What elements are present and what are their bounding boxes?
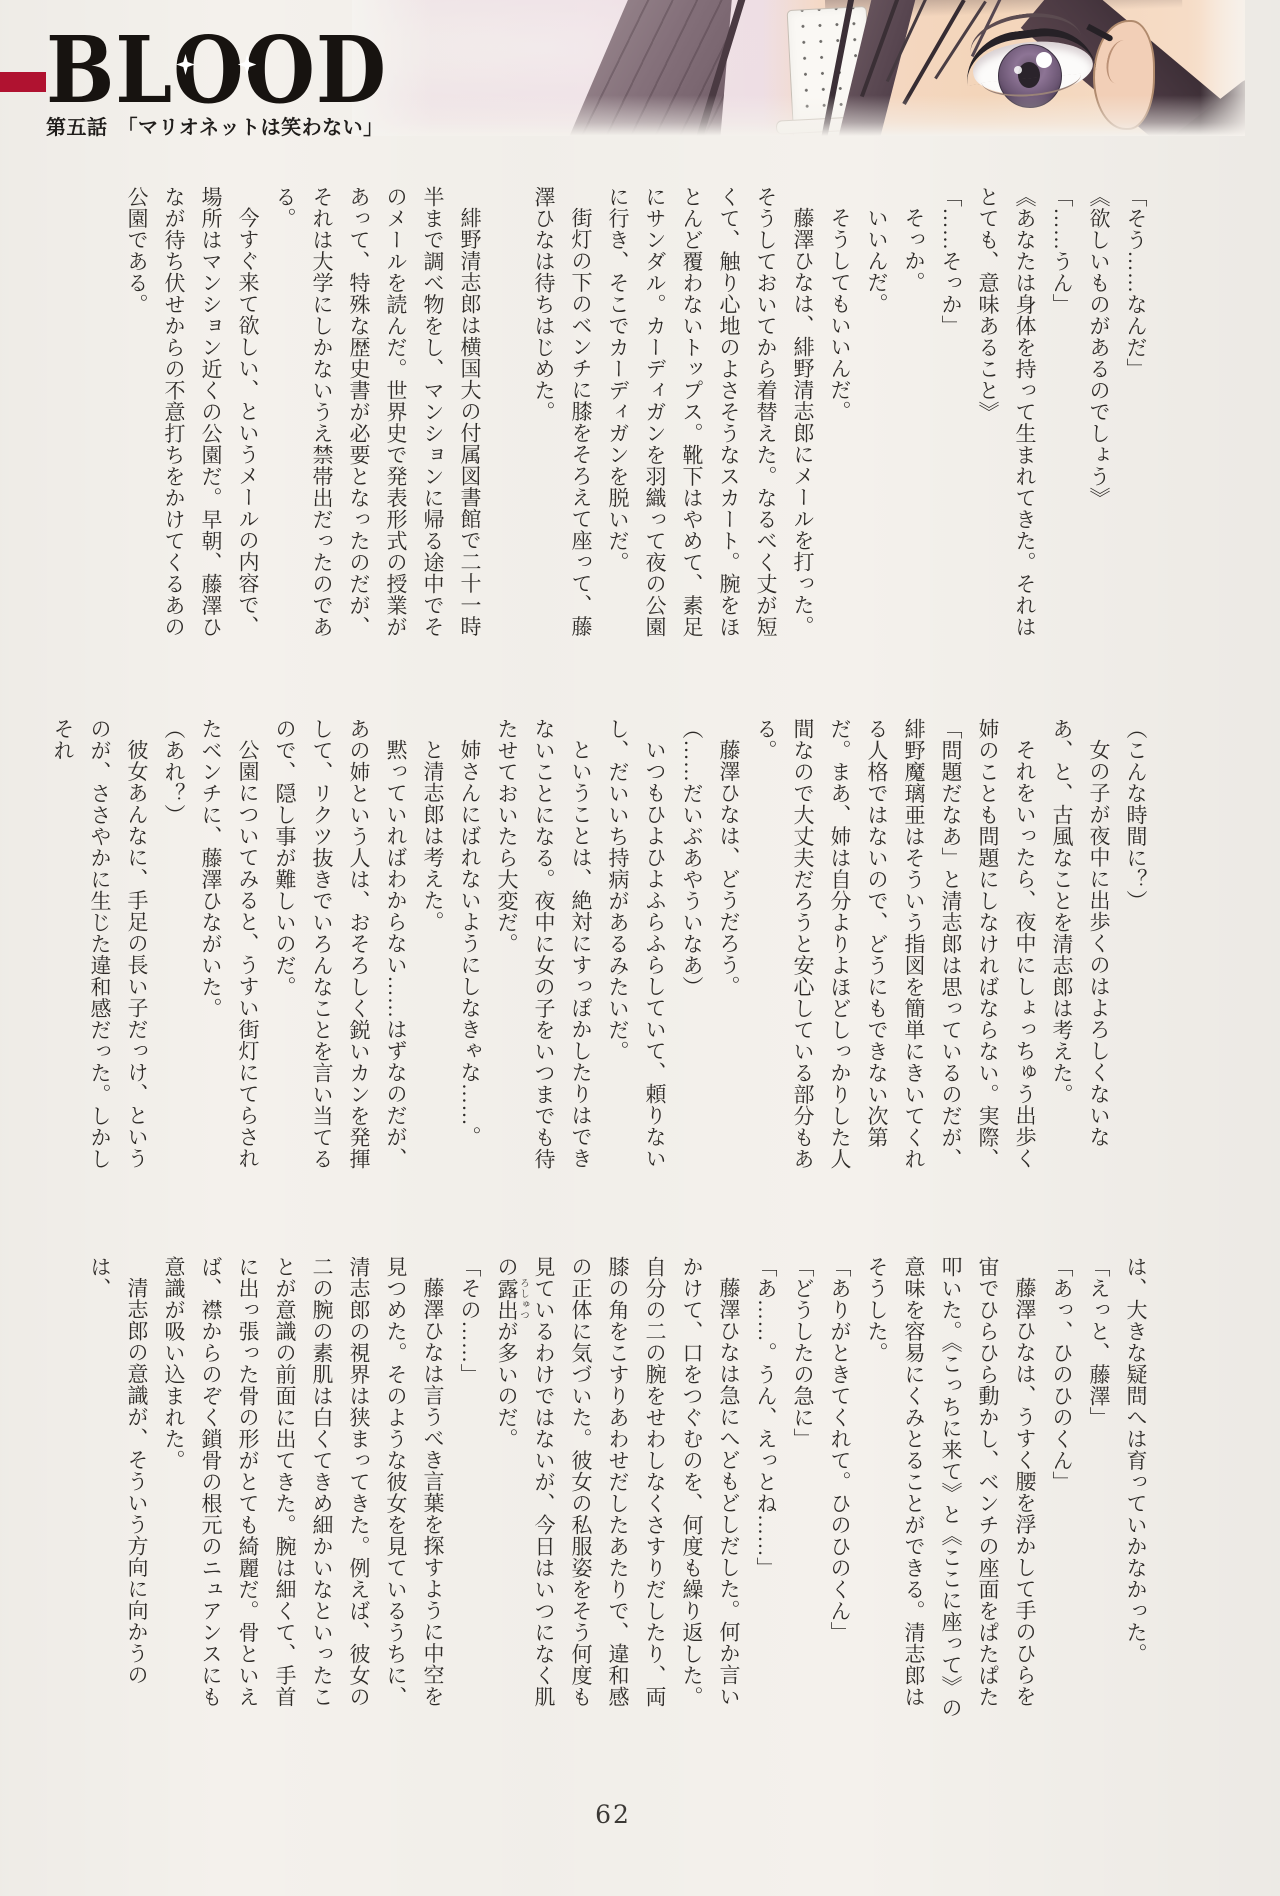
paragraph: いいんだ。 — [858, 186, 895, 658]
paragraph: 藤澤ひなは言うべき言葉を探すように中空を見つめた。そのような彼女を見ているうちに… — [155, 1256, 451, 1728]
header-illustration — [352, 0, 1245, 136]
series-logo-text: BLOOD — [46, 16, 387, 124]
paragraph: 藤澤ひなは、緋野清志郎にメールを打った。そうしておいてから着替えた。なるべく丈が… — [599, 186, 821, 658]
paragraph: 《あなたは身体を持って生まれてきた。それはとても、意味あること》 — [969, 186, 1043, 658]
paragraph: 黙っていればわからない……はずなのだが、あの姉という人は、おそろしく鋭いカンを発… — [266, 718, 414, 1190]
paragraph: 女の子が夜中に出歩くのはよろしくないなあ、と、古風なことを清志郎は考えた。 — [1043, 718, 1117, 1190]
series-logo: BLOOD — [46, 22, 363, 118]
book-page: BLOOD 第五話「マリオネットは笑わない」 「そう……なんだ」《欲しいものがあ… — [0, 0, 1280, 1896]
paragraph: そっか。 — [895, 186, 932, 658]
paragraph: （……だいぶあやういなあ） — [673, 718, 710, 1190]
episode-name: 「マリオネットは笑わない」 — [118, 117, 384, 139]
paragraph: それをいったら、夜中にしょっちゅう出歩く姉のことも問題にしなければならない。実際… — [747, 718, 1043, 1190]
episode-number-label: 第五話 — [46, 117, 108, 139]
illustration-fade-right — [352, 0, 1245, 136]
paragraph: 姉さんにばれないようにしなきゃな……。 — [451, 718, 488, 1190]
paragraph: 公園についてみると、うすい街灯にてらされたベンチに、藤澤ひながいた。 — [192, 718, 266, 1190]
paragraph: 「その……」 — [451, 1256, 488, 1728]
paragraph: （あれ？） — [155, 718, 192, 1190]
paragraph: 彼女あんなに、手足の長い子だっけ、というのが、ささやかに生じた違和感だった。しか… — [44, 718, 155, 1190]
paragraph: ということは、絶対にすっぽかしたりはできないことになる。夜中に女の子をいつまでも… — [488, 718, 599, 1190]
paragraph: そうしてもいいんだ。 — [821, 186, 858, 658]
text-band-middle: （こんな時間に？）女の子が夜中に出歩くのはよろしくないなあ、と、古風なことを清志… — [94, 718, 1154, 1190]
paragraph: 「あ……。うん、えっとね……」 — [747, 1256, 784, 1728]
red-accent-bar — [0, 72, 46, 92]
paragraph: 「そう……なんだ」 — [1117, 186, 1154, 658]
paragraph: 《欲しいものがあるのでしょう》 — [1080, 186, 1117, 658]
paragraph: 街灯の下のベンチに膝をそろえて座って、藤澤ひなは待ちはじめた。 — [525, 186, 599, 658]
paragraph: 「えっと、藤澤」 — [1080, 1256, 1117, 1728]
paragraph: いつもひよひよふらふらしていて、頼りないし、だいいち持病があるみたいだ。 — [599, 718, 673, 1190]
paragraph: 緋野清志郎は横国大の付属図書館で二十一時半まで調べ物をし、マンションに帰る途中で… — [266, 186, 488, 658]
episode-title: 第五話「マリオネットは笑わない」 — [46, 111, 384, 140]
paragraph: 「あっ、ひのひのくん」 — [1043, 1256, 1080, 1728]
paragraph: 「……うん」 — [1043, 186, 1080, 658]
paragraph: と清志郎は考えた。 — [414, 718, 451, 1190]
blank-line — [488, 186, 525, 658]
paragraph: 藤澤ひなは、うすく腰を浮かして手のひらを宙でひらひら動かし、ベンチの座面をぱたぱ… — [858, 1256, 1043, 1728]
paragraph: 「ありがときてくれて。ひのひのくん」 — [821, 1256, 858, 1728]
paragraph: （こんな時間に？） — [1117, 718, 1154, 1190]
paragraph: 今すぐ来て欲しい、というメールの内容で、場所はマンション近くの公園だ。早朝、藤澤… — [118, 186, 266, 658]
page-number: 62 — [595, 1800, 631, 1829]
paragraph: 藤澤ひなは、どうだろう。 — [710, 718, 747, 1190]
text-band-bottom: は、大きな疑問へは育っていかなかった。「えっと、藤澤」「あっ、ひのひのくん」藤澤… — [94, 1256, 1154, 1728]
furigana: 露出ろしゅつ — [495, 1278, 519, 1321]
text-band-top: 「そう……なんだ」《欲しいものがあるのでしょう》「……うん」《あなたは身体を持っ… — [94, 186, 1154, 658]
paragraph: 藤澤ひなは急にへどもどしだした。何か言いかけて、口をつぐむのを、何度も繰り返した… — [488, 1256, 747, 1728]
paragraph: は、大きな疑問へは育っていかなかった。 — [1117, 1256, 1154, 1728]
paragraph: 「……そっか」 — [932, 186, 969, 658]
paragraph: 「どうしたの急に」 — [784, 1256, 821, 1728]
paragraph: 清志郎の意識が、そういう方向に向かうのは、 — [81, 1256, 155, 1728]
